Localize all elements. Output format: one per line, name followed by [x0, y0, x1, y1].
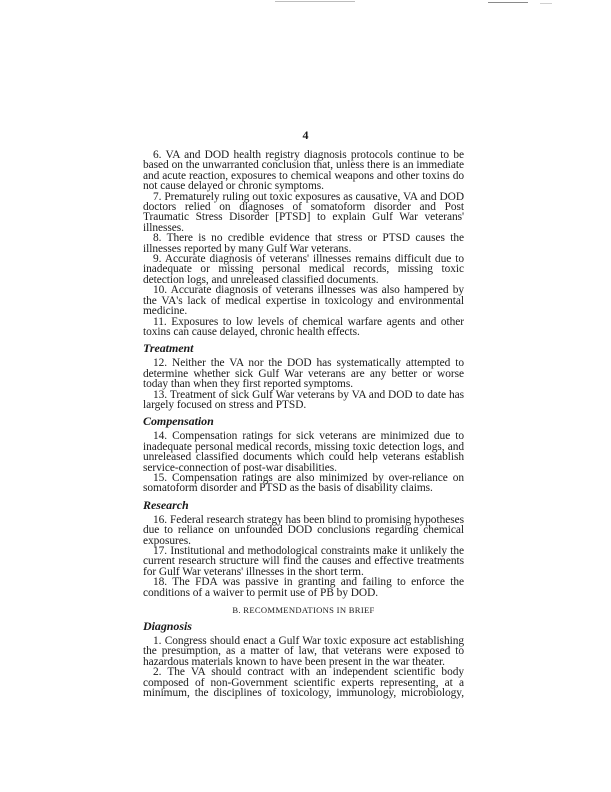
section-heading-compensation: Compensation — [143, 415, 464, 427]
finding-15: 15. Compensation ratings are also minimi… — [143, 473, 464, 494]
recommendation-2: 2. The VA should contract with an indepe… — [143, 667, 464, 698]
finding-14: 14. Compensation ratings for sick vetera… — [143, 431, 464, 473]
finding-11: 11. Exposures to low levels of chemical … — [143, 317, 464, 338]
finding-12: 12. Neither the VA nor the DOD has syste… — [143, 358, 464, 389]
finding-13: 13. Treatment of sick Gulf War veterans … — [143, 390, 464, 411]
finding-17: 17. Institutional and methodological con… — [143, 546, 464, 577]
finding-6: 6. VA and DOD health registry diagnosis … — [143, 150, 464, 192]
finding-16: 16. Federal research strategy has been b… — [143, 515, 464, 546]
recommendations-heading: B. RECOMMENDATIONS IN BRIEF — [143, 605, 464, 615]
finding-8: 8. There is no credible evidence that st… — [143, 233, 464, 254]
finding-18: 18. The FDA was passive in granting and … — [143, 577, 464, 598]
finding-9: 9. Accurate diagnosis of veterans' illne… — [143, 254, 464, 285]
page-number: 4 — [0, 128, 611, 142]
section-heading-diagnosis: Diagnosis — [143, 620, 464, 632]
recommendation-1: 1. Congress should enact a Gulf War toxi… — [143, 636, 464, 667]
section-heading-research: Research — [143, 499, 464, 511]
document-body: 6. VA and DOD health registry diagnosis … — [143, 150, 464, 698]
scan-artifact-line — [540, 3, 552, 4]
section-heading-treatment: Treatment — [143, 342, 464, 354]
finding-7: 7. Prematurely ruling out toxic exposure… — [143, 192, 464, 234]
scan-artifact-line — [488, 2, 528, 3]
finding-10: 10. Accurate diagnosis of veterans illne… — [143, 285, 464, 316]
scan-artifact-line — [275, 1, 355, 2]
